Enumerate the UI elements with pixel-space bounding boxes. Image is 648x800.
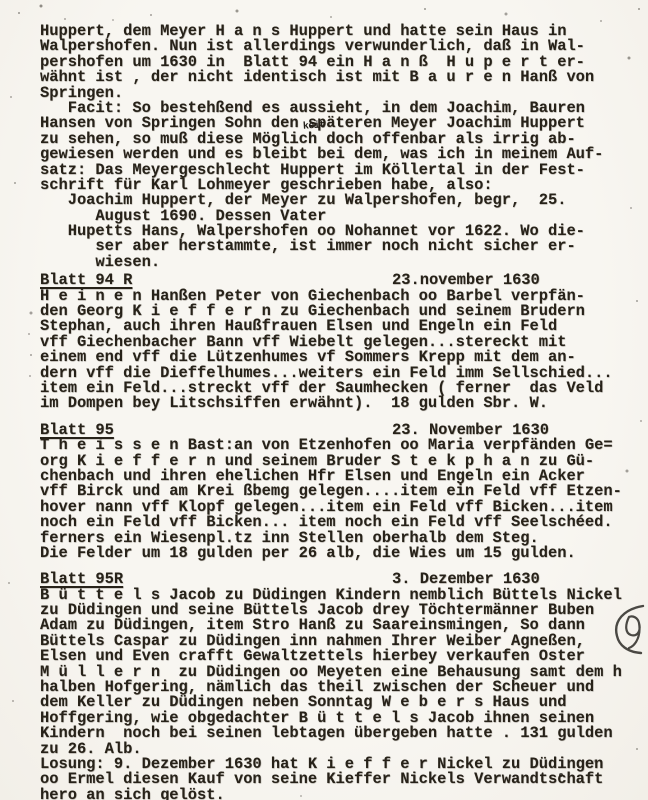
text-line: im Dompen bey Litschsiffen erwähnt). 18 … — [40, 396, 640, 411]
handwritten-margin-mark — [608, 603, 646, 655]
section-date: 23.november 1630 — [392, 273, 540, 288]
text-line: Die Felder um 18 gulden per 26 alb, die … — [40, 546, 640, 561]
text-line: wiesen. — [40, 255, 640, 270]
section-body: B ü t t e l s Jacob zu Düdingen Kindern … — [40, 588, 640, 800]
text-line: wähnt ist , der nicht identisch ist mit … — [40, 70, 640, 85]
section-body: H e i n e n Hanßen Peter von Giechenbach… — [40, 289, 640, 412]
text-line: hero an sich gelöst. — [40, 788, 640, 800]
section-date: 23. November 1630 — [392, 423, 549, 438]
handwritten-insertion: keit — [303, 120, 326, 133]
section-heading: Blatt 94 R 23.november 1630 — [40, 273, 640, 288]
intro-paragraph: Huppert, dem Meyer H a n s Huppert und h… — [40, 24, 640, 270]
section-blatt-95r: Blatt 95R 3. Dezember 1630 B ü t t e l s… — [40, 572, 640, 800]
section-date: 3. Dezember 1630 — [392, 572, 540, 587]
blatt-label: Blatt 94 R — [40, 271, 132, 289]
section-heading: Blatt 95 23. November 1630 — [40, 423, 640, 438]
section-body: T h e i s s e n Bast:an von Etzenhofen o… — [40, 438, 640, 561]
text-column: Huppert, dem Meyer H a n s Huppert und h… — [40, 24, 640, 800]
blatt-label: Blatt 95 — [40, 421, 114, 439]
document-page: Huppert, dem Meyer H a n s Huppert und h… — [0, 0, 648, 800]
blatt-label: Blatt 95R — [40, 570, 123, 588]
section-heading: Blatt 95R 3. Dezember 1630 — [40, 572, 640, 587]
section-blatt-95: Blatt 95 23. November 1630 T h e i s s e… — [40, 423, 640, 562]
section-blatt-94r: Blatt 94 R 23.november 1630 H e i n e n … — [40, 273, 640, 412]
scan-noise-layer — [0, 0, 2, 2]
